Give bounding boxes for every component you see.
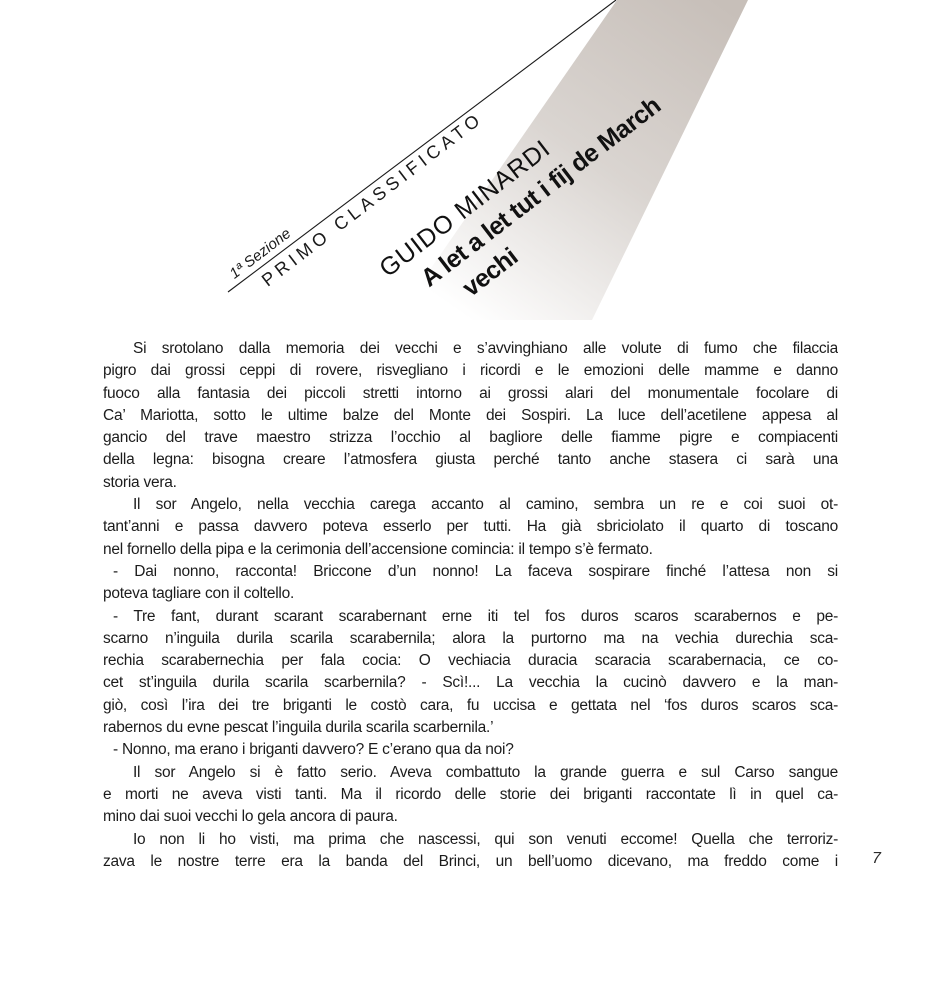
text-line: Si srotolano dalla memoria dei vecchi e …	[103, 338, 838, 360]
text-line: Io non li ho visti, ma prima che nascess…	[103, 829, 838, 851]
text-line: - Dai nonno, racconta! Briccone d’un non…	[103, 561, 838, 583]
text-line: zava le nostre terre era la banda del Br…	[103, 851, 838, 873]
text-line: cet st’inguila durila scarila scarbernil…	[103, 672, 838, 694]
story-text: Si srotolano dalla memoria dei vecchi e …	[103, 338, 838, 873]
text-line: della legna: bisogna creare l’atmosfera …	[103, 449, 838, 471]
text-line: rabernos du evne pescat l’inguila durila…	[103, 717, 838, 739]
text-line: tant’anni e passa davvero poteva esserlo…	[103, 516, 838, 538]
text-line: storia vera.	[103, 472, 838, 494]
text-line: rechia scarabernechia per fala cocia: O …	[103, 650, 838, 672]
text-line: - Nonno, ma erano i briganti davvero? E …	[103, 739, 838, 761]
text-line: Il sor Angelo, nella vecchia carega acca…	[103, 494, 838, 516]
page-number: 7	[872, 850, 881, 868]
text-line: scarno n’inguila durila scarila scaraber…	[103, 628, 838, 650]
paragraph: - Tre fant, durant scarant scarabernant …	[103, 606, 838, 740]
text-line: gancio del trave maestro strizza l’occhi…	[103, 427, 838, 449]
paragraph: Il sor Angelo, nella vecchia carega acca…	[103, 494, 838, 561]
text-line: giò, così l’ira dei tre briganti le cost…	[103, 695, 838, 717]
text-line: pigro dai grossi ceppi di rovere, risveg…	[103, 360, 838, 382]
paragraph: Il sor Angelo si è fatto serio. Aveva co…	[103, 762, 838, 829]
text-line: poteva tagliare con il coltello.	[103, 583, 838, 605]
paragraph: - Nonno, ma erano i briganti davvero? E …	[103, 739, 838, 761]
text-line: Il sor Angelo si è fatto serio. Aveva co…	[103, 762, 838, 784]
text-line: nel fornello della pipa e la cerimonia d…	[103, 539, 838, 561]
book-page: 1ª Sezione PRIMO CLASSIFICATO GUIDO MINA…	[0, 0, 942, 1000]
text-line: e morti ne aveva visti tanti. Ma il rico…	[103, 784, 838, 806]
text-line: mino dai suoi vecchi lo gela ancora di p…	[103, 806, 838, 828]
paragraph: Si srotolano dalla memoria dei vecchi e …	[103, 338, 838, 494]
text-line: - Tre fant, durant scarant scarabernant …	[103, 606, 838, 628]
text-line: fuoco alla fantasia dei piccoli stretti …	[103, 383, 838, 405]
text-line: Ca’ Mariotta, sotto le ultime balze del …	[103, 405, 838, 427]
paragraph: Io non li ho visti, ma prima che nascess…	[103, 829, 838, 874]
paragraph: - Dai nonno, racconta! Briccone d’un non…	[103, 561, 838, 606]
